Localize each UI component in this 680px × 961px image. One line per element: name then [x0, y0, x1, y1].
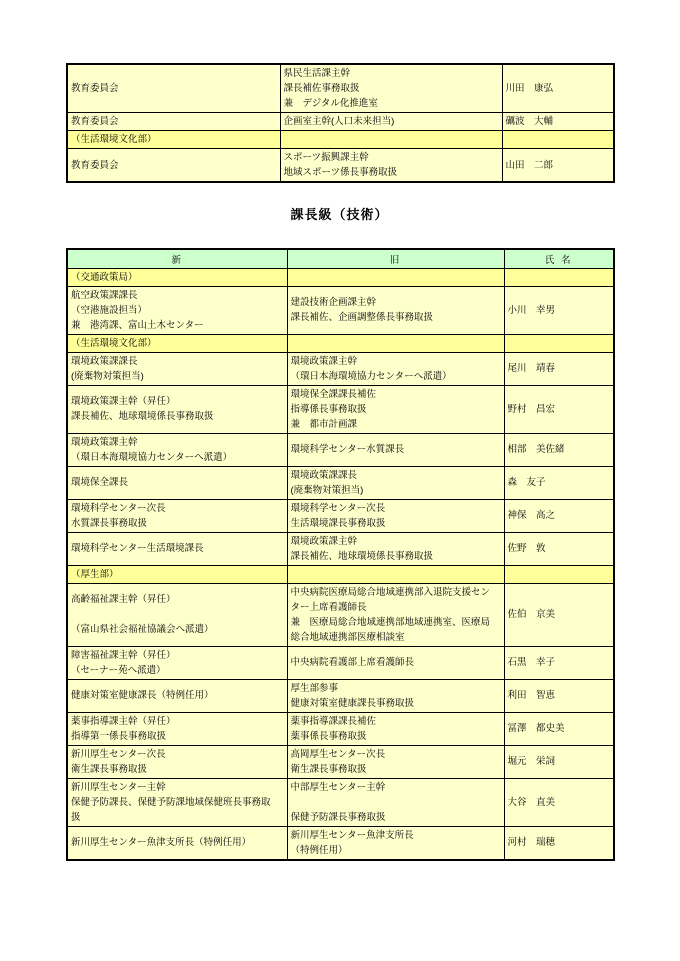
text-line: 兼 港湾課、富山土木センター: [71, 318, 284, 333]
cell-old-post: 高岡厚生センター次長衛生課長事務取扱: [287, 745, 504, 778]
text-line: (廃棄物対策担当): [291, 483, 501, 498]
cell-old-post: 環境政策課主幹課長補佐、地球環境係長事務取扱: [287, 532, 504, 565]
document-page: 教育委員会県民生活課主幹課長補佐事務取扱兼 デジタル化推進室川田 康弘教育委員会…: [0, 0, 680, 961]
text-line: 新川厚生センター魚津支所長（特例任用）: [71, 835, 284, 850]
column-header: 旧: [287, 249, 504, 268]
table-row: 新川厚生センター次長衛生課長事務取扱高岡厚生センター次長衛生課長事務取扱堀元 栄…: [67, 745, 614, 778]
text-line: (廃棄物対策担当): [71, 369, 284, 384]
page-title: 課長級（技術）: [66, 204, 613, 223]
cell-new-post: 教育委員会: [67, 149, 280, 183]
text-line: 野村 昌宏: [508, 402, 611, 417]
main-table: 新旧氏 名 （交通政策局） 航空政策課課長（空港施設担当）兼 港湾課、富山土木セ…: [66, 248, 615, 861]
table-row: 環境保全課長環境政策課課長(廃棄物対策担当)森 友子: [67, 466, 614, 499]
cell-old-post: 企画室主幹(人口未来担当): [280, 113, 502, 131]
text-line: 教育委員会: [71, 114, 277, 129]
text-line: 環境政策課主幹: [71, 435, 284, 450]
cell-new-post: 環境政策課課長(廃棄物対策担当): [67, 352, 287, 385]
header-row: 新旧氏 名: [67, 249, 614, 268]
text-line: ター上席看護師長: [291, 600, 501, 615]
text-line: 石黒 幸子: [508, 655, 611, 670]
text-line: 堀元 栄詞: [508, 754, 611, 769]
text-line: （交通政策局）: [71, 270, 284, 285]
text-line: 尾川 靖春: [508, 361, 611, 376]
text-line: 課長補佐、地球環境係長事務取扱: [71, 409, 284, 424]
text-line: （環日本海環境協力センターへ派遣）: [291, 369, 501, 384]
cell-new-post: 環境政策課主幹（昇任）課長補佐、地球環境係長事務取扱: [67, 385, 287, 433]
cell-old-post: [280, 131, 502, 149]
cell-new-post: 薬事指導課主幹（昇任）指導第一係長事務取扱: [67, 712, 287, 745]
cell-name: 神保 高之: [504, 499, 614, 532]
cell-name: 堀元 栄詞: [504, 745, 614, 778]
cell-old-post: 厚生部参事健康対策室健康課長事務取扱: [287, 679, 504, 712]
cell-name: 大谷 直美: [504, 778, 614, 826]
text-line: 冨澤 都史美: [508, 721, 611, 736]
cell-old-post: 新川厚生センター魚津支所長（特例任用）: [287, 826, 504, 860]
table-row: 教育委員会スポーツ振興課主幹地域スポーツ係長事務取扱山田 二郎: [67, 149, 614, 183]
table-row: 環境政策課主幹（昇任）課長補佐、地球環境係長事務取扱環境保全課課長補佐指導係長事…: [67, 385, 614, 433]
text-line: （特例任用）: [291, 843, 501, 858]
cell-new-post: 新川厚生センター主幹保健予防課長、保健予防課地域保健班長事務取扱: [67, 778, 287, 826]
text-line: （厚生部）: [71, 567, 284, 582]
text-line: 航空政策課課長: [71, 288, 284, 303]
text-line: [284, 132, 499, 147]
text-line: 教育委員会: [71, 158, 277, 173]
section-row: （生活環境文化部）: [67, 334, 614, 352]
cell-name: 石黒 幸子: [504, 646, 614, 679]
text-line: 障害福祉課主幹（昇任）: [71, 648, 284, 663]
text-line: 衛生課長事務取扱: [71, 762, 284, 777]
text-line: 佐野 敦: [508, 541, 611, 556]
text-line: 環境科学センター生活環境課長: [71, 541, 284, 556]
text-line: 小川 幸男: [508, 303, 611, 318]
cell-name: [502, 131, 614, 149]
text-line: 環境科学センター水質課長: [291, 442, 501, 457]
cell-name: 河村 瑞穂: [504, 826, 614, 860]
cell-old-post: 環境保全課課長補佐指導係長事務取扱兼 都市計画課: [287, 385, 504, 433]
table-row: 環境政策課主幹（環日本海環境協力センターへ派遣）環境科学センター水質課長相部 美…: [67, 433, 614, 466]
cell-name: 野村 昌宏: [504, 385, 614, 433]
cell-old-post: 薬事指導課課長補佐薬事係長事務取扱: [287, 712, 504, 745]
cell-old-post: [287, 268, 504, 286]
cell-name: 尾川 靖春: [504, 352, 614, 385]
text-line: 中部厚生センター主幹: [291, 780, 501, 795]
cell-new-post: 高齢福祉課主幹（昇任） （富山県社会福祉協議会へ派遣）: [67, 583, 287, 646]
cell-name: 佐野 敦: [504, 532, 614, 565]
cell-new-post: （生活環境文化部）: [67, 131, 280, 149]
text-line: 県民生活課主幹: [284, 66, 499, 81]
main-table-body: （交通政策局） 航空政策課課長（空港施設担当）兼 港湾課、富山土木センター建設技…: [67, 268, 614, 860]
text-line: 建設技術企画課主幹: [291, 295, 501, 310]
text-line: （生活環境文化部）: [71, 132, 277, 147]
text-line: 薬事指導課課長補佐: [291, 714, 501, 729]
text-line: 川田 康弘: [506, 81, 611, 96]
text-line: 新川厚生センター主幹: [71, 780, 284, 795]
text-line: [508, 567, 611, 582]
text-line: スポーツ振興課主幹: [284, 150, 499, 165]
text-line: 総合地域連携部医療相談室: [291, 630, 501, 645]
section-row: （生活環境文化部）: [67, 131, 614, 149]
text-line: 扱: [71, 810, 284, 825]
cell-name: [504, 565, 614, 583]
cell-new-post: 環境科学センター生活環境課長: [67, 532, 287, 565]
table-row: 環境科学センター次長水質課長事務取扱環境科学センター次長生活環境課長事務取扱神保…: [67, 499, 614, 532]
cell-old-post: 建設技術企画課主幹課長補佐、企画調整係長事務取扱: [287, 286, 504, 334]
text-line: [291, 567, 501, 582]
text-line: 薬事係長事務取扱: [291, 729, 501, 744]
text-line: 山田 二郎: [506, 158, 611, 173]
text-line: 新川厚生センター魚津支所長: [291, 828, 501, 843]
text-line: 地域スポーツ係長事務取扱: [284, 165, 499, 180]
top-table-body: 教育委員会県民生活課主幹課長補佐事務取扱兼 デジタル化推進室川田 康弘教育委員会…: [67, 64, 614, 182]
cell-name: 山田 二郎: [502, 149, 614, 183]
text-line: （セーナー苑へ派遣）: [71, 663, 284, 678]
text-line: （生活環境文化部）: [71, 336, 284, 351]
text-line: 環境保全課課長補佐: [291, 387, 501, 402]
text-line: 保健予防課長事務取扱: [291, 810, 501, 825]
text-line: （富山県社会福祉協議会へ派遣）: [71, 622, 284, 637]
cell-name: 森 友子: [504, 466, 614, 499]
cell-name: 利田 智恵: [504, 679, 614, 712]
text-line: 礪波 大輔: [506, 114, 611, 129]
text-line: 薬事指導課主幹（昇任）: [71, 714, 284, 729]
table-row: 高齢福祉課主幹（昇任） （富山県社会福祉協議会へ派遣）中央病院医療局総合地域連携…: [67, 583, 614, 646]
text-line: 利田 智恵: [508, 688, 611, 703]
text-line: 教育委員会: [71, 81, 277, 96]
text-line: 指導係長事務取扱: [291, 402, 501, 417]
cell-new-post: 航空政策課課長（空港施設担当）兼 港湾課、富山土木センター: [67, 286, 287, 334]
table-row: 環境科学センター生活環境課長環境政策課主幹課長補佐、地球環境係長事務取扱佐野 敦: [67, 532, 614, 565]
cell-new-post: 教育委員会: [67, 113, 280, 131]
text-line: 環境政策課主幹: [291, 354, 501, 369]
text-line: 河村 瑞穂: [508, 835, 611, 850]
text-line: 高岡厚生センター次長: [291, 747, 501, 762]
text-line: 兼 デジタル化推進室: [284, 96, 499, 111]
column-header: 新: [67, 249, 287, 268]
cell-name: [504, 334, 614, 352]
text-line: 環境科学センター次長: [291, 501, 501, 516]
text-line: 生活環境課長事務取扱: [291, 516, 501, 531]
cell-new-post: 健康対策室健康課長（特例任用）: [67, 679, 287, 712]
cell-old-post: 環境科学センター水質課長: [287, 433, 504, 466]
text-line: 兼 医療局総合地域連携部地域連携室、医療局: [291, 615, 501, 630]
cell-new-post: （厚生部）: [67, 565, 287, 583]
text-line: 神保 高之: [508, 508, 611, 523]
text-line: 水質課長事務取扱: [71, 516, 284, 531]
text-line: [291, 270, 501, 285]
section-row: （厚生部）: [67, 565, 614, 583]
text-line: 環境政策課主幹: [291, 534, 501, 549]
text-line: 環境保全課長: [71, 475, 284, 490]
text-line: [506, 132, 611, 147]
cell-old-post: 中央病院医療局総合地域連携部入退院支援センター上席看護師長兼 医療局総合地域連携…: [287, 583, 504, 646]
text-line: 健康対策室健康課長事務取扱: [291, 696, 501, 711]
cell-old-post: スポーツ振興課主幹地域スポーツ係長事務取扱: [280, 149, 502, 183]
top-table: 教育委員会県民生活課主幹課長補佐事務取扱兼 デジタル化推進室川田 康弘教育委員会…: [66, 63, 615, 183]
table-row: 新川厚生センター魚津支所長（特例任用）新川厚生センター魚津支所長（特例任用）河村…: [67, 826, 614, 860]
table-row: 教育委員会県民生活課主幹課長補佐事務取扱兼 デジタル化推進室川田 康弘: [67, 64, 614, 113]
column-header: 氏 名: [504, 249, 614, 268]
text-line: 厚生部参事: [291, 681, 501, 696]
text-line: 新川厚生センター次長: [71, 747, 284, 762]
text-line: 森 友子: [508, 475, 611, 490]
section-row: （交通政策局）: [67, 268, 614, 286]
cell-name: 佐伯 京美: [504, 583, 614, 646]
text-line: 課長補佐、地球環境係長事務取扱: [291, 549, 501, 564]
cell-old-post: [287, 565, 504, 583]
cell-old-post: 環境政策課課長(廃棄物対策担当): [287, 466, 504, 499]
text-line: （環日本海環境協力センターへ派遣）: [71, 450, 284, 465]
text-line: [71, 607, 284, 622]
text-line: 佐伯 京美: [508, 607, 611, 622]
cell-new-post: 環境保全課長: [67, 466, 287, 499]
cell-new-post: （生活環境文化部）: [67, 334, 287, 352]
cell-new-post: 障害福祉課主幹（昇任）（セーナー苑へ派遣）: [67, 646, 287, 679]
text-line: [291, 336, 501, 351]
cell-old-post: 中部厚生センター主幹 保健予防課長事務取扱: [287, 778, 504, 826]
text-line: 中央病院医療局総合地域連携部入退院支援セン: [291, 585, 501, 600]
table-row: 健康対策室健康課長（特例任用）厚生部参事健康対策室健康課長事務取扱利田 智恵: [67, 679, 614, 712]
text-line: 保健予防課長、保健予防課地域保健班長事務取: [71, 795, 284, 810]
text-line: 大谷 直美: [508, 795, 611, 810]
text-line: 企画室主幹(人口未来担当): [284, 114, 499, 129]
table-row: 新川厚生センター主幹保健予防課長、保健予防課地域保健班長事務取扱中部厚生センター…: [67, 778, 614, 826]
text-line: 兼 都市計画課: [291, 417, 501, 432]
cell-old-post: 中央病院看護部上席看護師長: [287, 646, 504, 679]
cell-name: 冨澤 都史美: [504, 712, 614, 745]
cell-old-post: 環境政策課主幹（環日本海環境協力センターへ派遣）: [287, 352, 504, 385]
text-line: 中央病院看護部上席看護師長: [291, 655, 501, 670]
table-row: 教育委員会企画室主幹(人口未来担当)礪波 大輔: [67, 113, 614, 131]
text-line: 高齢福祉課主幹（昇任）: [71, 592, 284, 607]
text-line: 課長補佐事務取扱: [284, 81, 499, 96]
text-line: 指導第一係長事務取扱: [71, 729, 284, 744]
text-line: 相部 美佐緒: [508, 442, 611, 457]
text-line: 環境政策課課長: [291, 468, 501, 483]
cell-new-post: （交通政策局）: [67, 268, 287, 286]
table-row: 環境政策課課長(廃棄物対策担当)環境政策課主幹（環日本海環境協力センターへ派遣）…: [67, 352, 614, 385]
text-line: 環境政策課主幹（昇任）: [71, 394, 284, 409]
table-row: 障害福祉課主幹（昇任）（セーナー苑へ派遣）中央病院看護部上席看護師長石黒 幸子: [67, 646, 614, 679]
cell-new-post: 環境政策課主幹（環日本海環境協力センターへ派遣）: [67, 433, 287, 466]
cell-new-post: 教育委員会: [67, 64, 280, 113]
table-row: 航空政策課課長（空港施設担当）兼 港湾課、富山土木センター建設技術企画課主幹課長…: [67, 286, 614, 334]
text-line: 環境科学センター次長: [71, 501, 284, 516]
cell-old-post: 環境科学センター次長生活環境課長事務取扱: [287, 499, 504, 532]
cell-new-post: 環境科学センター次長水質課長事務取扱: [67, 499, 287, 532]
text-line: 衛生課長事務取扱: [291, 762, 501, 777]
cell-name: 相部 美佐緒: [504, 433, 614, 466]
cell-name: [504, 268, 614, 286]
text-line: 環境政策課課長: [71, 354, 284, 369]
cell-new-post: 新川厚生センター次長衛生課長事務取扱: [67, 745, 287, 778]
cell-name: 小川 幸男: [504, 286, 614, 334]
text-line: 課長補佐、企画調整係長事務取扱: [291, 310, 501, 325]
cell-new-post: 新川厚生センター魚津支所長（特例任用）: [67, 826, 287, 860]
cell-old-post: 県民生活課主幹課長補佐事務取扱兼 デジタル化推進室: [280, 64, 502, 113]
cell-old-post: [287, 334, 504, 352]
text-line: （空港施設担当）: [71, 303, 284, 318]
text-line: [291, 795, 501, 810]
text-line: [508, 336, 611, 351]
table-row: 薬事指導課主幹（昇任）指導第一係長事務取扱薬事指導課課長補佐薬事係長事務取扱冨澤…: [67, 712, 614, 745]
text-line: 健康対策室健康課長（特例任用）: [71, 688, 284, 703]
text-line: [508, 270, 611, 285]
cell-name: 川田 康弘: [502, 64, 614, 113]
cell-name: 礪波 大輔: [502, 113, 614, 131]
